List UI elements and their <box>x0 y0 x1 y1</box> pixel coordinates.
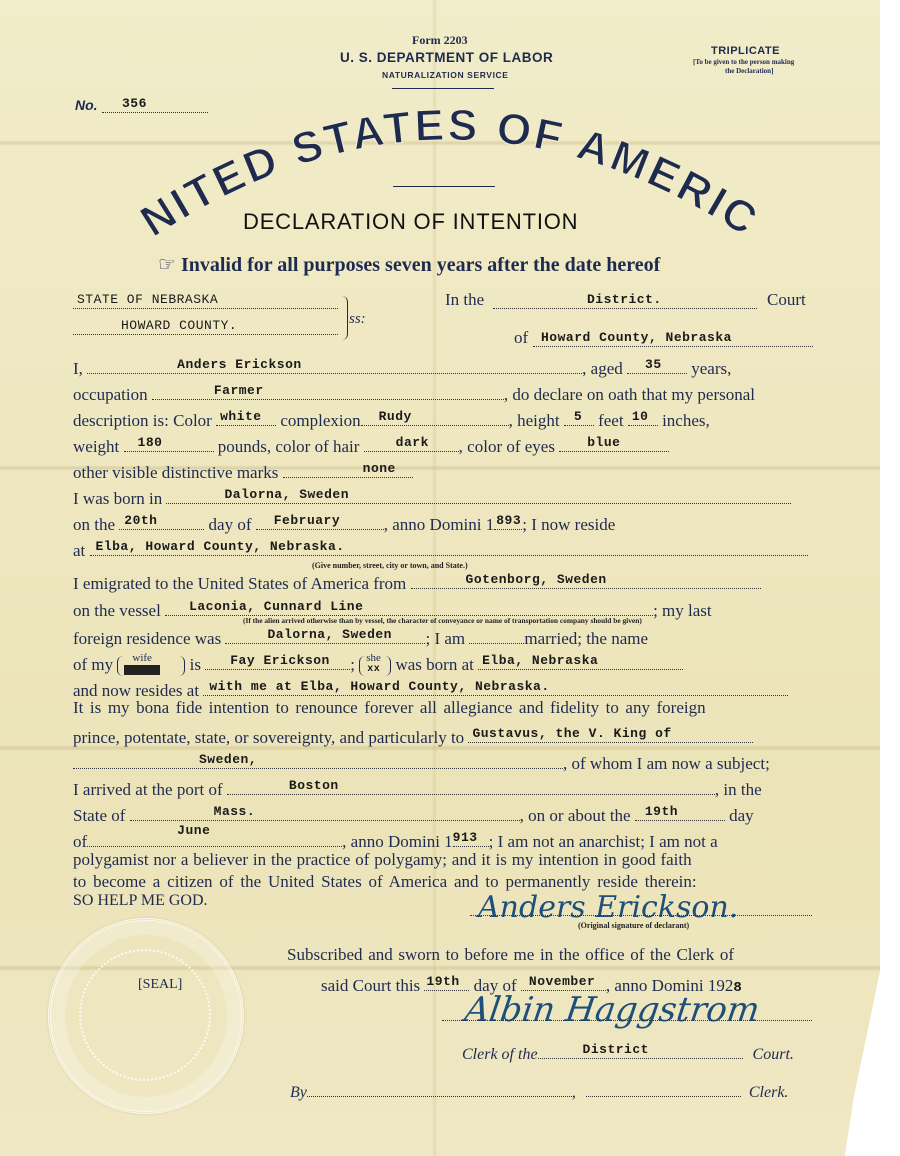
occupation-label: occupation <box>73 385 148 404</box>
clerk-court-field: District <box>538 1040 743 1059</box>
prince-text: prince, potentate, state, or sovereignty… <box>73 728 464 747</box>
day-label: day <box>729 806 754 825</box>
years-label: years, <box>691 359 731 378</box>
weight-label: weight <box>73 437 119 456</box>
court-suffix: Court <box>767 290 806 310</box>
my-last-label: ; my last <box>653 601 712 620</box>
spouse-option-struck: xxxxxx <box>124 665 159 675</box>
eyes-label: , color of eyes <box>459 437 555 456</box>
sworn-month-field: November <box>521 972 606 991</box>
pointing-hand-icon: ☞ <box>158 252 176 276</box>
declare-text: , do declare on oath that my personal <box>504 385 755 404</box>
spouse-option-box: wife xxxxxx <box>117 656 185 676</box>
anno-label: , anno Domini 1 <box>384 515 495 534</box>
port-value: Boston <box>289 778 339 793</box>
spouse-name-value: Fay Erickson <box>230 653 330 668</box>
line-marks: other visible distinctive marks none <box>73 459 813 481</box>
line-renounce: It is my bona fide intention to renounce… <box>73 698 813 720</box>
clerk-court-value: District <box>583 1042 649 1057</box>
sovereign-line1-field: Gustavus, the V. King of <box>468 724 753 743</box>
anno-label-2: , anno Domini 1 <box>342 832 453 851</box>
married-label: married; the name <box>524 629 648 648</box>
height-feet-field: 5 <box>564 407 594 426</box>
arrival-day-value: 19th <box>645 804 678 819</box>
declarant-signature: Anders Erickson. <box>478 890 738 925</box>
spouse-option-wife: wife <box>132 652 152 664</box>
birth-year-value: 893 <box>496 513 521 528</box>
occupation-field: Farmer <box>152 381 504 400</box>
line-spouse: of my wife xxxxxx is Fay Erickson; she x… <box>73 651 813 673</box>
on-the-label: on the <box>73 515 115 534</box>
spouse-residence-field: with me at Elba, Howard County, Nebraska… <box>203 677 788 696</box>
marital-field <box>469 625 524 644</box>
county-field: HOWARD COUNTY. <box>73 316 338 335</box>
birth-month-field: February <box>256 511 384 530</box>
declarant-name: Anders Erickson <box>177 357 302 372</box>
aged-label: , aged <box>582 359 623 378</box>
arrival-state-value: Mass. <box>214 804 256 819</box>
naturalization-document: Form 2203 U. S. DEPARTMENT OF LABOR NATU… <box>0 0 880 1156</box>
color-value: white <box>220 409 262 424</box>
at-label: at <box>73 541 85 560</box>
court-this-label: said Court this <box>321 976 420 995</box>
arrival-month-field: June <box>87 828 342 847</box>
line-description: description is: Color white complexionRu… <box>73 407 813 429</box>
pronoun-option-she: she <box>366 652 381 664</box>
validity-notice-text: Invalid for all purposes seven years aft… <box>181 254 660 276</box>
line-by-clerk: By, Clerk. <box>290 1078 788 1102</box>
line-port: I arrived at the port of Boston, in the <box>73 776 813 798</box>
declarant-name-field: Anders Erickson <box>87 355 582 374</box>
court-field: District. <box>493 292 757 309</box>
of-prefix: of <box>514 328 528 348</box>
copy-type: TRIPLICATE <box>711 45 780 57</box>
line-sovereign: Sweden,, of whom I am now a subject; <box>73 750 813 772</box>
arrival-state-field: Mass. <box>130 802 520 821</box>
height-feet-value: 5 <box>574 409 582 424</box>
hair-value: dark <box>396 435 429 450</box>
subject-label: , of whom I am now a subject; <box>563 754 770 773</box>
embossed-court-seal <box>48 918 244 1114</box>
born-at-label: was born at <box>395 655 473 674</box>
reside-label: ; I now reside <box>522 515 615 534</box>
emigrated-from-value: Gotenborg, Sweden <box>466 572 607 587</box>
document-title: DECLARATION OF INTENTION <box>243 209 578 235</box>
line-birthplace: I was born in Dalorna, Sweden <box>73 485 813 507</box>
copy-note-line2: the Declaration] <box>725 67 773 75</box>
emigrated-from-field: Gotenborg, Sweden <box>411 570 761 589</box>
marks-label: other visible distinctive marks <box>73 463 278 482</box>
complexion-field: Rudy <box>361 407 509 426</box>
ss-label: ss: <box>349 311 366 328</box>
color-field: white <box>216 407 276 426</box>
marks-field: none <box>283 459 413 478</box>
height-inches-value: 10 <box>632 409 649 424</box>
is-label: is <box>190 655 201 674</box>
line-weight: weight 180 pounds, color of hair dark, c… <box>73 433 813 455</box>
occupation-value: Farmer <box>214 383 264 398</box>
spouse-birthplace-value: Elba, Nebraska <box>482 653 598 668</box>
line-emigrated: I emigrated to the United States of Amer… <box>73 570 813 592</box>
arrival-year-value: 913 <box>453 830 478 845</box>
of-my-label: of my <box>73 655 113 674</box>
foreign-residence-field: Dalorna, Sweden <box>225 625 425 644</box>
seal-inner-ring <box>79 949 211 1081</box>
birthplace-value: Dalorna, Sweden <box>224 487 349 502</box>
clerk-of-label: Clerk of the <box>462 1046 538 1063</box>
residence-field: Elba, Howard County, Nebraska. <box>90 537 808 556</box>
line-birthdate: on the 20th day of February, anno Domini… <box>73 511 813 533</box>
sovereign-line2-value: Sweden, <box>199 752 257 767</box>
port-label: I arrived at the port of <box>73 780 223 799</box>
residence-value: Elba, Howard County, Nebraska. <box>96 539 345 554</box>
pronoun-option-struck: xx <box>367 664 380 675</box>
arrival-year-field: 913 <box>453 828 489 847</box>
number-label: No. <box>75 97 98 113</box>
birthplace-field: Dalorna, Sweden <box>166 485 791 504</box>
pronoun-option-box: she xx <box>359 656 391 676</box>
sovereign-line2-field: Sweden, <box>73 750 563 769</box>
of-label: of <box>73 832 87 851</box>
line-prince: prince, potentate, state, or sovereignty… <box>73 724 813 746</box>
county-state-value: Howard County, Nebraska <box>541 330 732 345</box>
weight-field: 180 <box>124 433 214 452</box>
birth-year-field: 893 <box>494 511 522 530</box>
eyes-value: blue <box>587 435 620 450</box>
state-value: STATE OF NEBRASKA <box>77 292 218 307</box>
line-arrival-month: ofJune, anno Domini 1913; I am not an an… <box>73 828 813 850</box>
age-value: 35 <box>645 357 662 372</box>
county-state-field: Howard County, Nebraska <box>533 330 813 347</box>
i-am-label: ; I am <box>425 629 465 648</box>
by-label: By <box>290 1084 307 1101</box>
declarant-signature-line <box>470 915 812 916</box>
deputy-name-field <box>307 1078 572 1097</box>
hair-field: dark <box>364 433 459 452</box>
eyes-field: blue <box>559 433 669 452</box>
foreign-residence-label: foreign residence was <box>73 629 221 648</box>
age-field: 35 <box>627 355 687 374</box>
anarchist-text: ; I am not an anarchist; I am not a <box>489 832 718 851</box>
line-name: I, Anders Erickson, aged 35 years, <box>73 355 813 377</box>
birth-month-value: February <box>274 513 340 528</box>
born-label: I was born in <box>73 489 162 508</box>
port-field: Boston <box>227 776 715 795</box>
residence-note: (Give number, street, city or town, and … <box>312 561 468 570</box>
complexion-label: complexion <box>280 411 360 430</box>
height-label: , height <box>509 411 560 430</box>
spouse-residence-value: with me at Elba, Howard County, Nebraska… <box>209 679 549 694</box>
description-label: description is: Color <box>73 411 212 430</box>
vessel-label: on the vessel <box>73 601 161 620</box>
vessel-value: Laconia, Cunnard Line <box>189 599 363 614</box>
in-the-label: , in the <box>715 780 762 799</box>
sworn-day-value: 19th <box>426 974 459 989</box>
county-value: HOWARD COUNTY. <box>121 318 237 333</box>
court-label: Court. <box>753 1046 794 1063</box>
pounds-label: pounds, color of hair <box>218 437 360 456</box>
clerk-signature: Albin Haggstrom <box>462 990 762 1030</box>
weight-value: 180 <box>138 435 163 450</box>
foreign-residence-value: Dalorna, Sweden <box>267 627 392 642</box>
signature-note: (Original signature of declarant) <box>578 921 689 930</box>
copy-note-line1: [To be given to the person making <box>693 58 794 66</box>
semicolon: ; <box>350 655 355 674</box>
clerk-signature-line <box>442 1020 812 1021</box>
form-number: Form 2203 <box>412 33 468 48</box>
spouse-birthplace-field: Elba, Nebraska <box>478 651 683 670</box>
line-foreign-residence: foreign residence was Dalorna, Sweden; I… <box>73 625 813 647</box>
service-name: NATURALIZATION SERVICE <box>382 70 509 80</box>
birth-day-field: 20th <box>119 511 204 530</box>
day-of-label: day of <box>209 515 252 534</box>
height-inches-field: 10 <box>628 407 658 426</box>
sworn-text: Subscribed and sworn to before me in the… <box>287 945 734 965</box>
validity-notice: ☞ Invalid for all purposes seven years a… <box>158 252 660 277</box>
vessel-note: (If the alien arrived otherwise than by … <box>243 616 642 625</box>
line-arrival-state: State of Mass., on or about the 19th day <box>73 802 813 824</box>
line-residence: at Elba, Howard County, Nebraska. <box>73 537 813 559</box>
complexion-value: Rudy <box>379 409 412 424</box>
department-name: U. S. DEPARTMENT OF LABOR <box>340 50 553 65</box>
feet-label: feet <box>598 411 623 430</box>
state-of-label: State of <box>73 806 125 825</box>
state-field: STATE OF NEBRASKA <box>73 290 338 309</box>
sovereign-line1-value: Gustavus, the V. King of <box>472 726 671 741</box>
line-clerk-court: Clerk of theDistrict Court. <box>462 1040 794 1064</box>
emigrated-label: I emigrated to the United States of Amer… <box>73 574 406 593</box>
spouse-name-field: Fay Erickson <box>205 651 350 670</box>
inches-label: inches, <box>662 411 710 430</box>
deputy-title-field <box>586 1078 741 1097</box>
arrival-month-value: June <box>177 823 210 838</box>
sworn-month-value: November <box>529 974 595 989</box>
court-prefix: In the <box>445 290 484 310</box>
line-polygamist: polygamist nor a believer in the practic… <box>73 850 813 872</box>
line-occupation: occupation Farmer, do declare on oath th… <box>73 381 813 403</box>
deputy-clerk-label: Clerk. <box>749 1084 789 1101</box>
vessel-field: Laconia, Cunnard Line <box>165 597 653 616</box>
i-label: I, <box>73 359 83 378</box>
venue-bracket <box>341 296 348 340</box>
about-label: , on or about the <box>520 806 631 825</box>
court-value: District. <box>587 292 662 307</box>
arrival-day-field: 19th <box>635 802 725 821</box>
title-rule <box>393 186 495 187</box>
marks-value: none <box>363 461 396 476</box>
birth-day-value: 20th <box>124 513 157 528</box>
sworn-day-field: 19th <box>424 972 469 991</box>
line-spouse-residence: and now resides at with me at Elba, Howa… <box>73 677 813 699</box>
seal-label: [SEAL] <box>138 977 182 993</box>
